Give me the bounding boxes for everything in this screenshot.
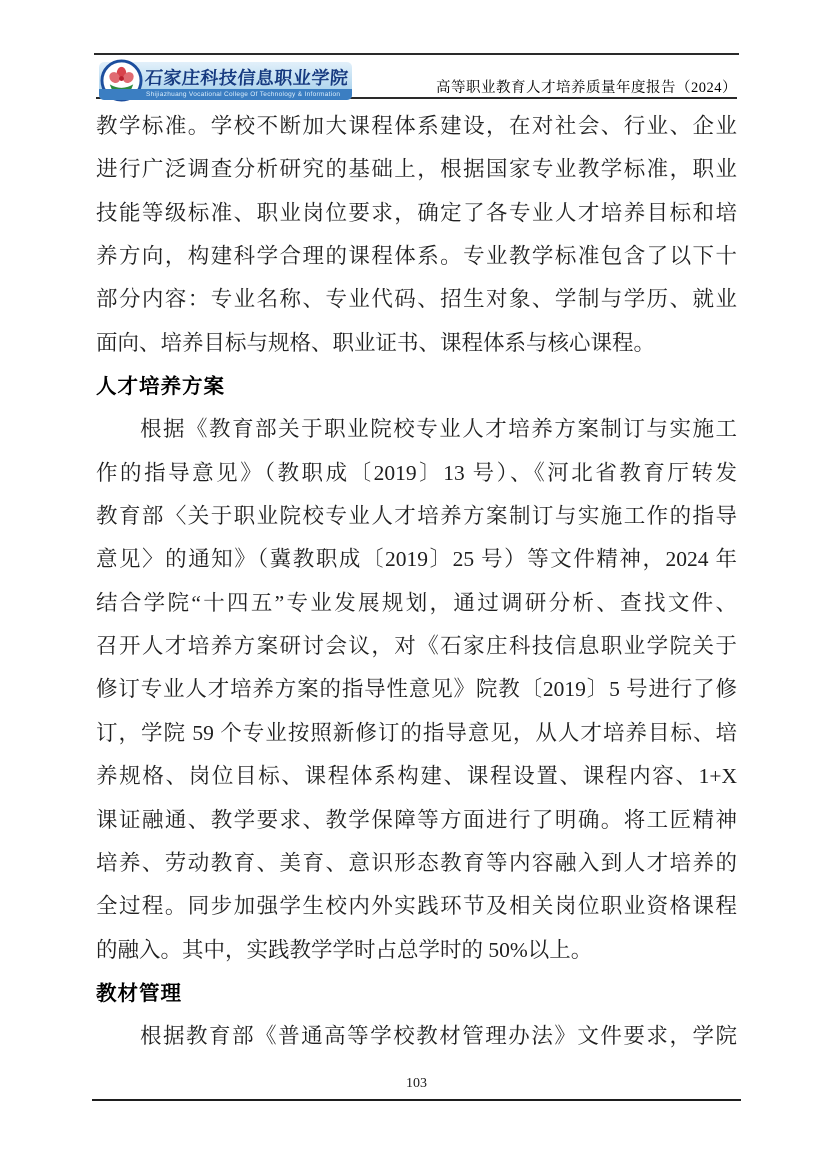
document-body: 教学标准。学校不断加大课程体系建设，在对社会、行业、企业 进行广泛调查分析研究的… (96, 112, 737, 1066)
body-line: 课证融通、教学要求、教学保障等方面进行了明确。将工匠精神 (96, 806, 737, 849)
body-line: 作的指导意见》（教职成〔2019〕13 号）、《河北省教育厅转发 (96, 459, 737, 502)
college-logo: 石家庄科技信息职业学院 Shijiazhuang Vocational Coll… (99, 62, 352, 100)
header-top-rule (94, 53, 739, 55)
body-line: 面向、培养目标与规格、职业证书、课程体系与核心课程。 (96, 329, 737, 372)
report-title: 高等职业教育人才培养质量年度报告（2024） (436, 76, 737, 97)
body-line: 部分内容：专业名称、专业代码、招生对象、学制与学历、就业 (96, 285, 737, 328)
page-number: 103 (96, 1076, 737, 1092)
body-line: 养方向，构建科学合理的课程体系。专业教学标准包含了以下十 (96, 242, 737, 285)
body-line: 教育部〈关于职业院校专业人才培养方案制订与实施工作的指导 (96, 502, 737, 545)
body-line: 技能等级标准、职业岗位要求，确定了各专业人才培养目标和培 (96, 199, 737, 242)
body-line: 根据《教育部关于职业院校专业人才培养方案制订与实施工 (96, 415, 737, 458)
body-line: 修订专业人才培养方案的指导性意见》院教〔2019〕5 号进行了修 (96, 675, 737, 718)
body-line: 根据教育部《普通高等学校教材管理办法》文件要求，学院 (96, 1022, 737, 1065)
body-line: 全过程。同步加强学生校内外实践环节及相关岗位职业资格课程 (96, 892, 737, 935)
body-line: 订，学院 59 个专业按照新修订的指导意见，从人才培养目标、培 (96, 719, 737, 762)
body-line: 召开人才培养方案研讨会议，对《石家庄科技信息职业学院关于 (96, 632, 737, 675)
body-line: 教学标准。学校不断加大课程体系建设，在对社会、行业、企业 (96, 112, 737, 155)
body-line: 培养、劳动教育、美育、意识形态教育等内容融入到人才培养的 (96, 849, 737, 892)
section-heading-textbook-management: 教材管理 (96, 979, 737, 1022)
section-heading-talent-plan: 人才培养方案 (96, 372, 737, 415)
footer-rule (92, 1099, 741, 1101)
body-line: 的融入。其中，实践教学学时占总学时的 50%以上。 (96, 936, 737, 979)
body-line: 进行广泛调查分析研究的基础上，根据国家专业教学标准，职业 (96, 155, 737, 198)
college-name-en: Shijiazhuang Vocational College Of Techn… (99, 89, 352, 100)
college-name-zh: 石家庄科技信息职业学院 (144, 64, 349, 90)
body-line: 结合学院“十四五”专业发展规划，通过调研分析、查找文件、 (96, 589, 737, 632)
body-line: 养规格、岗位目标、课程体系构建、课程设置、课程内容、1+X (96, 762, 737, 805)
body-line: 意见〉的通知》（冀教职成〔2019〕25 号）等文件精神，2024 年 (96, 545, 737, 588)
document-page: 石家庄科技信息职业学院 Shijiazhuang Vocational Coll… (0, 0, 827, 1169)
